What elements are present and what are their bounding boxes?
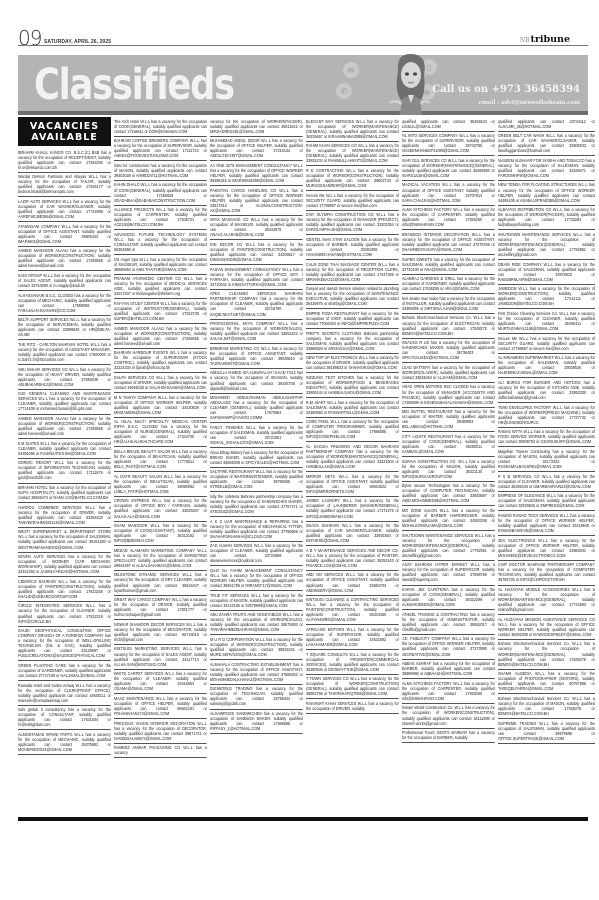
vacancy-ad: TWIN ENVELOPES FACTORY W.L.L has a vacan… — [498, 403, 595, 428]
vacancy-ad: BAHRAIN HARBOUR EVENTS W.L.L has a vacan… — [114, 349, 207, 374]
vacancy-ad: J.E. PUBLICITY COMPANY W.L.L has a vacan… — [402, 635, 495, 660]
heading-line-2: AVAILABLE — [18, 132, 111, 143]
column-4: ELEGANT WAY SERVICES W.L.L has a vacancy… — [306, 117, 399, 817]
vacancy-ad: HARDOU COMBINED SERVICES W.L.L has a vac… — [18, 503, 111, 528]
vacancy-ad: M N TAHIYA COMPANY W.L.L has a vacancy f… — [114, 393, 207, 418]
vacancy-ad: R.M. MART W.L.L has a vacancy for the oc… — [306, 398, 399, 418]
vacancy-ad: Magellan Towers Contracting has a vacanc… — [498, 447, 595, 472]
vacancy-ad: JAMEDON W.L.L has a vacancy for the occu… — [498, 285, 595, 310]
vacancy-ad: AL DAFR BEAUTY SALON W.L.L has a vacancy… — [114, 472, 207, 497]
vacancy-ad: ABD NO SERVICES W.L.L has a vacancy for … — [306, 571, 399, 596]
vacancy-ad: JAMBO LAUNDRY W.L.L has a vacancy for th… — [306, 497, 399, 522]
vacancy-ad: NEW TENDA FOR FLOATING STRUCTURES W.L.L … — [498, 181, 595, 206]
vacancy-ad: ZAD ALWAN SERVICES W.L.L has a vacancy f… — [210, 542, 303, 567]
column-2: The Arch Hotel W.L.L has a vacancy for t… — [114, 117, 207, 817]
vacancy-ad: PRETTI SECRETS CLOTHING Bahraini partner… — [306, 329, 399, 354]
column-1: VACANCIES AVAILABLE IBRAHIM KHALIL KANOO… — [18, 117, 111, 817]
vacancy-ad: AL HUZAIYAH MISSION ASSISTANCE SERVICES … — [498, 615, 595, 640]
vacancies-available-heading: VACANCIES AVAILABLE — [18, 117, 111, 146]
vacancy-ad: MO ZONE SALON W.L.L has a vacancy for th… — [402, 506, 495, 531]
vacancy-ad: MAAZ MAINTENANCE W.L.L has a vacancy for… — [114, 694, 207, 719]
vacancy-ad: Danyal and Hamdi Service solution relate… — [306, 285, 399, 310]
vacancy-ad: AFRICANO MOTORS W.L.L has a vacancy for … — [306, 625, 399, 650]
vacancy-ad: BAHRAIN COFFEE BREWERS COMPANY W.L.L has… — [114, 137, 207, 162]
vacancy-ad: GREAT WAY CARGO COMPANY W.L.L has a vaca… — [114, 596, 207, 621]
vacancy-ad: DIGIWORLD TRADING has a vacancy for the … — [210, 685, 303, 710]
vacancy-ad: SPAX MASSAGE CO W.L.L has a vacancy for … — [210, 216, 303, 241]
vacancy-ad: CROWN EXPRESS W.L.L has a vacancy for th… — [114, 497, 207, 522]
vacancy-ad: ALMA KITCHENS FACTORY W.L.L has a vacanc… — [402, 206, 495, 231]
classified-columns: VACANCIES AVAILABLE IBRAHIM KHALIL KANOO… — [18, 117, 588, 817]
vacancy-ad: T TDWN SERVICES CO W.L.L has a vacancy f… — [306, 675, 399, 700]
vacancy-ad: GREEN PLANTING CARE has a vacancy for th… — [18, 661, 111, 681]
vacancy-ad: SIZZLING TEST KITCHEN has a vacancy for … — [306, 373, 399, 398]
vacancy-ad: G4S GENERAL CLEANING AND MAINTENANCE SER… — [18, 390, 111, 415]
vacancy-ad: IBRAHIM HOTEL has a vacancy for the occu… — [18, 484, 111, 504]
vacancy-ad: DAR OLYMPIA CONSTRUCTION CO W.L.L has a … — [306, 211, 399, 236]
phone-icon: ✆ — [336, 83, 352, 99]
vacancy-ad: QAZI ALI FAHIM MANAGEMENT CONSULTANCY W.… — [210, 566, 303, 591]
vacancy-ad: Wardat Delmon Fashions and Abayas W.L.L … — [18, 173, 111, 198]
vacancy-ad: PRECIOUS VISION INTERIOR DECORATION W.L.… — [114, 719, 207, 744]
vacancy-ad: P S B SERVICES CO W.L.L has a vacancy fo… — [498, 472, 595, 492]
vacancy-ad: SALTFIRE RESTAURANT W.L.L has a vacancy … — [210, 468, 303, 493]
vacancy-ad: ALABRAJ GARDENS & GRILL has a vacancy fo… — [402, 275, 495, 295]
vacancy-ad: MAGICAL VACATION W.L.L has a vacancy for… — [402, 181, 495, 206]
vacancy-ad: MEDAD ALAMAKIN MARKETING COMPANY W.L.L h… — [114, 546, 207, 571]
column-3: vacancy for the occupation of WORKER(PAC… — [210, 117, 303, 817]
vacancy-ad: FAIZAN MANAGEMENT CONSULTANCY W.L.L has … — [210, 265, 303, 290]
vacancy-ad: CHIP DOCTOR BAHRAINI PARTNERSHIP COMPANY… — [498, 561, 595, 586]
cartoon-woman-illustration — [388, 51, 432, 115]
vacancy-ad: Bahrain Electromechanical Services Co. W… — [498, 640, 595, 670]
vacancy-ad: NASEEM ALBAHAR FOR SHISHA AND TOBACCO ha… — [498, 156, 595, 181]
vacancy-ad: KINTSUGI MARKETING SERVICES W.L.L has a … — [114, 645, 207, 670]
vacancy-ad: ALMA KITCHENS FACTORY W.L.L has a vacanc… — [402, 679, 495, 704]
vacancy-ad: GENTEL MAN STAR SALOON has a vacancy for… — [306, 235, 399, 260]
vacancy-ad: ALHAWROOK SANDWICHES has a vacancy for t… — [210, 710, 303, 735]
vacancy-ad: RAWAD RAWAD TECH SERVICES W.L.L has a va… — [498, 511, 595, 536]
vacancy-ad: SAUDI GEOPHYSICAL CONSULTING OFFICE COMP… — [18, 627, 111, 662]
vacancy-ad: First Choice Cleaning Services Co. W.L.L… — [498, 309, 595, 334]
vacancy-ad: ATHEEL TRADING & CONTRACTING has a vacan… — [402, 610, 495, 635]
vacancy-ad: WHITE CARPET SERVICES W.L.L has a vacanc… — [114, 670, 207, 695]
vacancy-ad: THE RITZ - CARLTON BAHRAIN HOTEL W.L.L h… — [18, 340, 111, 365]
vacancy-ad: SHUTDOWN MAINTENANCE SERVICES W.L.L has … — [402, 531, 495, 561]
vacancy-ad: MOHAMED ABDULRAHMAN ABDULGHAFFAR ABDULAZ… — [210, 394, 303, 424]
vacancy-ad: CALM ZONE THAI MASSAGE CENTER W.L.L has … — [306, 260, 399, 285]
header-rule — [18, 45, 588, 46]
vacancy-ad: SHAM MANSOOR W.L.L has a vacancy for the… — [114, 522, 207, 547]
vacancy-ad: AA ONE 3279 MANAGEMENT CONSULTANCY W.L.L… — [210, 161, 303, 186]
vacancy-ad: ABU BAKAR SERVICES CO W.L.L has a vacanc… — [18, 365, 111, 390]
vacancy-ad: A K Z UAR MAINTENANCE & REPAIRING has a … — [210, 517, 303, 542]
vacancy-ad: RABAS WTTA W.L.L has a vacancy for the o… — [498, 428, 595, 448]
vacancy-ad: DS Angel Spa W.L.L has a vacancy for the… — [114, 255, 207, 275]
vacancy-ad: nafs global it consultancy has a vacancy… — [18, 706, 111, 731]
vacancy-ad: CIRCLE INTEGRATED SERVICES W.L.L has a v… — [18, 602, 111, 627]
vacancy-ad: ATAMADANI COMPANY W.L.L has a vacancy fo… — [18, 222, 111, 247]
vacancy-ad: ALHASSANAIN B.S.C. CLOSED has a vacancy … — [18, 291, 111, 316]
vacancy-ad: Ramada Hotel and Suites Amwaj W.L.L has … — [18, 681, 111, 706]
vacancy-ad: BELTA SUPPORT SERVICES W.L.L has a vacan… — [18, 316, 111, 341]
vacancy-ad: NORDIC RESORT W.L.L has a vacancy for th… — [18, 459, 111, 484]
vacancy-ad: ALBAAYSI DISTRIBUTION CO W.L.L has a vac… — [498, 206, 595, 231]
vacancy-ad: NEW TOP UP ELECTRONICS W.L.L has a vacan… — [306, 354, 399, 374]
vacancy-ad: ASAF BAHRAIN HYPER MARKET W.L.L has a va… — [402, 561, 495, 586]
vacancy-ad: ALMAHALA CONTRACTING ESTABLISHMENT has a… — [210, 660, 303, 685]
vacancy-ad: BRANDON INTERIOR DECORATION W.L.L has a … — [402, 230, 495, 255]
vacancy-ad: Secure Me W.L.L has a vacancy for the oc… — [306, 191, 399, 211]
advert-email[interactable]: email : advt@newsofbahrain.com — [478, 100, 580, 106]
vacancy-ad: ABBAS ASHRAF has a vacancy for the occup… — [402, 660, 495, 680]
vacancy-ad: ISAR GUL SERVICES CO W.L.L has a vacancy… — [402, 156, 495, 181]
call-us-phone[interactable]: Call us on +973 36458394 — [432, 84, 580, 95]
vacancy-ad: Abou Elbag Bakery has a vacancy for the … — [210, 448, 303, 468]
vacancy-ad: APEX CLEANING SERVICES BAHRAINI PARTNERS… — [210, 290, 303, 320]
vacancy-ad: SUPER SWEETS has a vacancy for the occup… — [402, 255, 495, 275]
vacancy-ad: DALPA SERVICES CO W.L.L has a vacancy fo… — [114, 373, 207, 393]
vacancy-ad: intex for construction has a vacancy for… — [114, 161, 207, 181]
vacancy-ad: Secure Me W.L.L has a vacancy for the oc… — [498, 334, 595, 354]
vacancy-ad: ADVANCED FUTURE TECHNOLOGY SYSTEMS W.L.L… — [114, 230, 207, 255]
logo-prefix: NB — [520, 37, 530, 44]
page-bottom-rule — [18, 817, 588, 821]
vacancy-ad: NOWAR SHAMOOR DECOR SERVICES W.L.L has a… — [114, 620, 207, 645]
column-6: qualified applicants can contact 3374411… — [498, 117, 595, 817]
vacancy-ad: The Arch Hotel W.L.L has a vacancy for t… — [114, 117, 207, 137]
email-icon: ✉ — [343, 62, 359, 78]
vacancy-ad: RAFYAN STUDY CENTER W.L.L has a vacancy … — [114, 299, 207, 324]
vacancy-ad: LAZIR AUTO SERVICES W.L.L has a vacancy … — [18, 197, 111, 222]
vacancy-ad: AL MINAMEEN SUPERMARKET W.L.L has a vaca… — [498, 354, 595, 379]
vacancy-ad: ABDULLA AHMED ISA ALBURALAH / KAAD-TS12 … — [210, 369, 303, 394]
vacancy-ad: Bytes secure Technologies has a vacancy … — [402, 482, 495, 507]
vacancy-ad: ARAS OPEN MOTORS DSC CLOSED has a vacanc… — [402, 383, 495, 408]
column-5: qualified applicants can contact 3546843… — [402, 117, 495, 817]
classifieds-banner: Classifieds ✉ ✆ ▯ ⊕ Call us on +973 3645… — [18, 55, 588, 115]
vacancy-ad: SNACK BAHRAIN W.L.L has a vacancy for th… — [306, 522, 399, 547]
vacancy-ad: SNACKS R US has a vacancy for the occupa… — [402, 339, 495, 364]
vacancy-ad: Bahrain Electromechanical Services Co. W… — [498, 694, 595, 719]
vacancy-ad: qualified applicants can contact 3546843… — [402, 117, 495, 132]
vacancy-ad: CITY LIGHTS RESTAURANT has a vacancy for… — [402, 432, 495, 457]
vacancy-ad: SEVEN AUTO SERVICES has a vacancy for th… — [18, 553, 111, 578]
vacancy-ad: A B Y MAINTENANCE SERVICES AND DECOR CO.… — [306, 546, 399, 571]
vacancy-ad: KARAK JEE CAFETERIA has a vacancy for th… — [402, 586, 495, 611]
vacancy-ad: PROFESSIONAL KEYS COMPANY W.L.L has a va… — [210, 320, 303, 345]
vacancy-ad: R E CONTRACTING W.L.L has a vacancy for … — [306, 166, 399, 191]
vacancy-ad: tent dealer man isabe has a vacancy for … — [402, 294, 495, 314]
vacancy-ad: qualified applicants can contact 3374411… — [498, 117, 595, 132]
vacancy-ad: RAHIM KHAN SERVICES CO W.L.L has a vacan… — [306, 142, 399, 167]
vacancy-ad: PRANAM AYURVEDIC CENTER CO W.L.L has a v… — [114, 275, 207, 300]
vacancy-ad: ALMONTAMAD SPARE PARTS W.L.L has a vacan… — [18, 730, 111, 755]
vacancy-ad: CEBARCO BAHRAIN W.L.L has a vacancy for … — [18, 577, 111, 602]
vacancy-ad: MILESTONE DYNAMIC SERVICES W.L.L has a v… — [114, 571, 207, 596]
vacancy-ad: MIRROR NETS W.L.L has a vacancy for the … — [306, 472, 399, 497]
vacancy-ad: Dream World Construction Co. W.L.L has a… — [402, 704, 495, 729]
vacancy-ad: MIO BUTTEL RESTAURANT has a vacancy for … — [402, 408, 495, 433]
vacancy-ad: 5 M SUITES W.L.L has a vacancy for the o… — [18, 439, 111, 459]
vacancy-ad: Professional Touch GENTS BARBAR has a va… — [402, 729, 495, 744]
vacancy-ad: ZEV ELECTRONICS W.L.L has a vacancy for … — [498, 536, 595, 561]
vacancy-ad: KAHIN DHALO W.L.L has a vacancy for the … — [114, 181, 207, 206]
newspaper-logo: NBtribune — [520, 34, 570, 45]
vacancy-ad: lolly the cafeteria Bahraini partnership… — [210, 492, 303, 517]
vacancy-ad: SURAIA CONSTRUCTION CO. W.L.L has a vaca… — [402, 457, 495, 482]
vacancy-ad: FANCY FINISHES W.L.L has a vacancy for t… — [210, 423, 303, 448]
vacancy-ad: LEAD BATTERY has a vacancy for the occup… — [402, 363, 495, 383]
vacancy-ad: GREEN BELT CAR WASH W.L.L has a vacancy … — [498, 132, 595, 157]
vacancy-ad: SHUTDOWN MAINTENANCE SERVICES W.L.L has … — [498, 230, 595, 260]
heading-line-1: VACANCIES — [18, 121, 111, 132]
vacancy-ad: AL HILAL MULTI SPECIALTY MEDICAL CENTER … — [114, 418, 207, 448]
vacancy-ad: DIN DECOR CO W.L.L has a vacancy for the… — [210, 240, 303, 265]
vacancy-ad: CODE PIXEL W.L.L has a vacancy for the o… — [306, 418, 399, 443]
vacancy-ad: ABU ZAHRA FRUITS AND VEGETABLES W.L.L ha… — [210, 611, 303, 636]
vacancy-ad: BIRBIRAM MARKETING CO W.L.L has a vacanc… — [210, 344, 303, 369]
vacancy-ad: KADI GROUP W.L.L has a vacancy for the o… — [18, 271, 111, 291]
vacancy-ad: vacancy for the occupation of WORKER(PAC… — [210, 117, 303, 137]
vacancy-ad: RAMEEZ ANWAR PACKAGING CO W.L.L has a va… — [114, 744, 207, 759]
vacancy-ad: M U R D CORPORATION W.L.L has a vacancy … — [210, 635, 303, 660]
vacancy-ad: SHAMS ALMEDIA W.L.L has a vacancy for th… — [498, 670, 595, 695]
vacancy-ad: EMPIRE PIZZA RESTAURANT has a vacancy fo… — [306, 309, 399, 329]
vacancy-ad: IBRAHIM KHALIL KANOO CO. B.S.C.(C) BSB h… — [18, 148, 111, 173]
vacancy-ad: AHMED MANSOOR ALAALI has a vacancy for t… — [18, 415, 111, 440]
vacancy-ad: PAKISTAN CARGO HANDLING CO W.L.L has a v… — [210, 186, 303, 216]
vacancy-ad: RAKHMAT KHAN SERVICES W.L.L has a vacanc… — [306, 699, 399, 714]
vacancy-ad: HL INTO SERVICES COMPANY W.L.L has a vac… — [402, 132, 495, 157]
vacancy-ad: SUPREME TRADING W.L.L has a vacancy for … — [498, 719, 595, 744]
vacancy-ad: EMPRESS OF ELEGANCE W.L.L has a vacancy … — [498, 492, 595, 512]
vacancy-ad: ELEGANT WAY SERVICES W.L.L has a vacancy… — [306, 117, 399, 142]
vacancy-ad: Bahrain Electromechanical Services Co. W… — [402, 314, 495, 339]
vacancy-ad: TRUE FIT SERVICES W.L.L has a vacancy fo… — [210, 591, 303, 611]
vacancy-ad: ALLIANCE PROJECTS W.L.L has a vacancy fo… — [114, 206, 207, 231]
vacancy-ad: BELLA BRAZIL BEAUTY SALON W.L.L has a va… — [114, 447, 207, 472]
logo-text: tribune — [530, 34, 570, 45]
vacancy-ad: ALI BURGS FOR BURGER AND HOTDOG has a va… — [498, 378, 595, 403]
vacancy-ad: MUHAMMAD ABDUL DEGIR W.L.L has a vacancy… — [210, 137, 303, 162]
vacancy-ad: T SQUARE CONSULTS W.L.L has a vacancy fo… — [306, 650, 399, 675]
vacancy-ad: DRAIN RIDE COMPANY W.L.L has a vacancy f… — [498, 260, 595, 285]
vacancy-ad: AL HAZAIYAH MOBILE ACCESSORIES W.L.L has… — [498, 586, 595, 616]
vacancy-ad: KINTSUGI CLEANING & CONTRACTING SERVICES… — [306, 596, 399, 626]
vacancy-ad: AL SAGUIA FINISHING AND DECOR BAHRAINI P… — [306, 442, 399, 472]
vacancy-ad: AHMED MANSOOR ALAALI has a vacancy for t… — [18, 247, 111, 272]
section-title: Classifieds — [34, 55, 234, 115]
vacancy-ad: WESTI SUPERMARKET & DEPARTMENT STORE W.L… — [18, 528, 111, 553]
vacancy-ad: AHMED MANSOOR ALAALI has a vacancy for t… — [114, 324, 207, 349]
